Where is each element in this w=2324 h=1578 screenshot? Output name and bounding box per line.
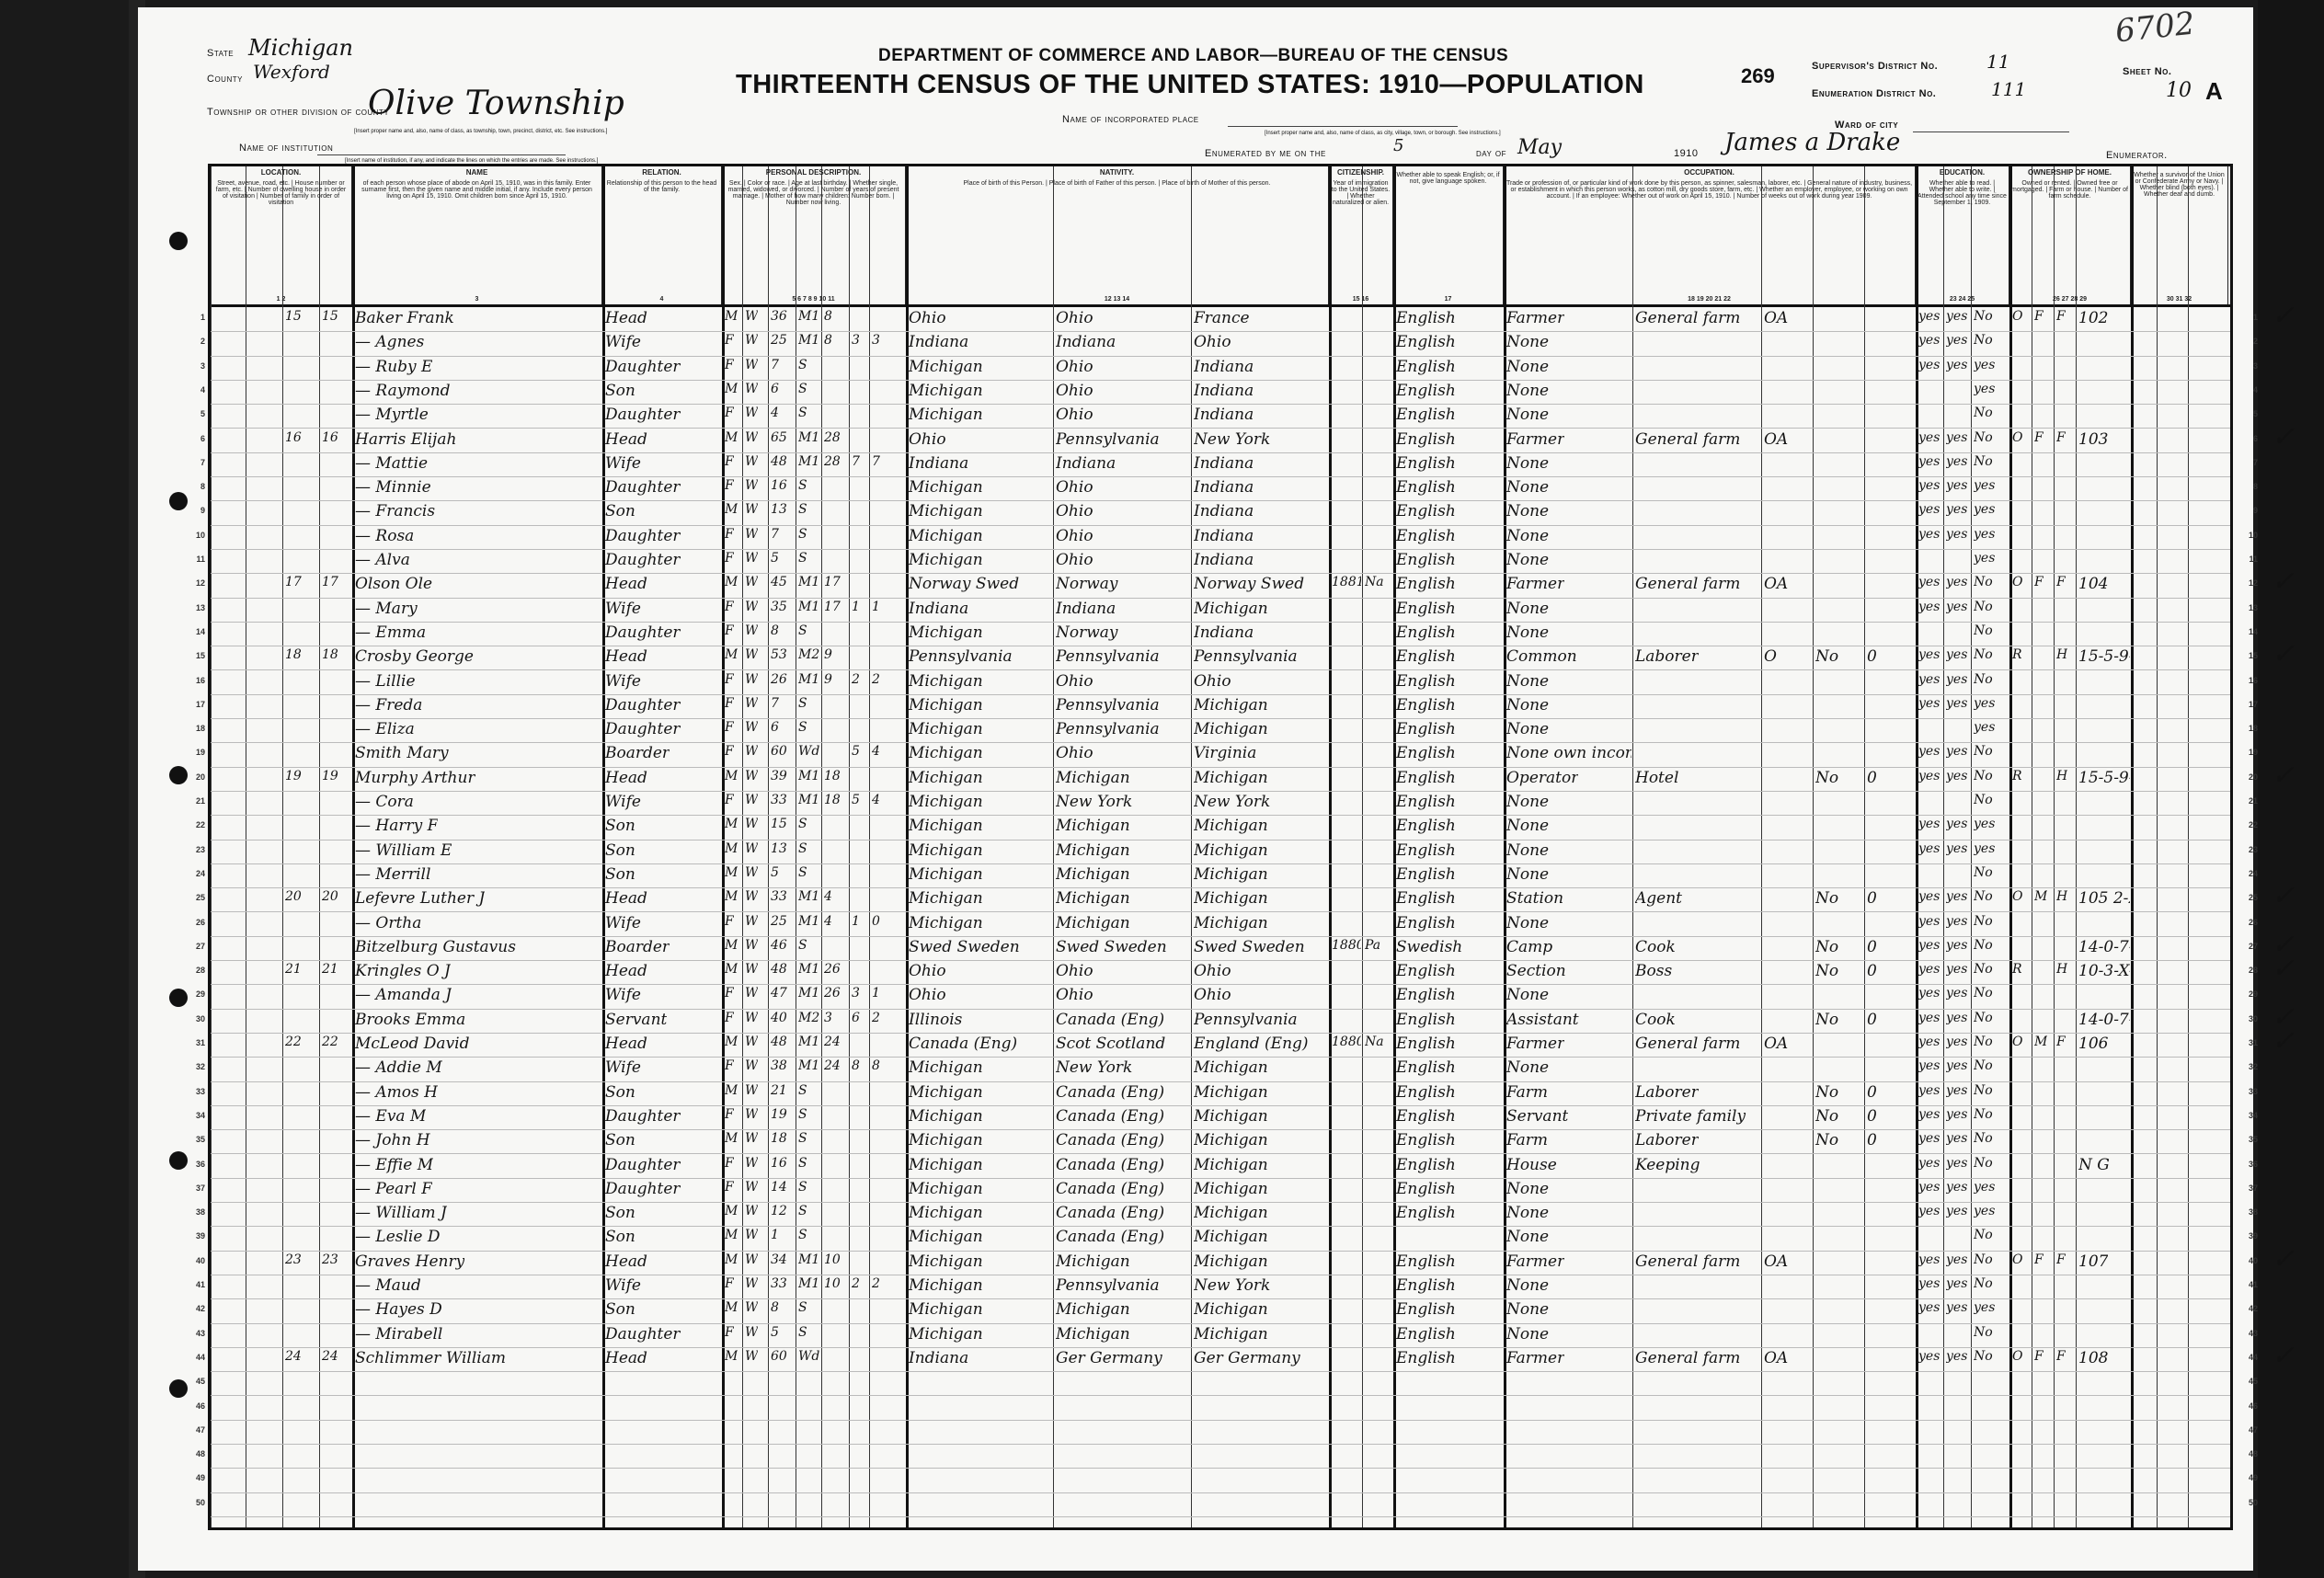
table-row: 12121717Olson OleHeadMW45M117Norway Swed… xyxy=(211,573,2230,598)
cell-father-bp: Michigan xyxy=(1056,865,1130,884)
cell-living: 2 xyxy=(872,672,880,687)
cell-language: English xyxy=(1396,623,1456,642)
cell-read: yes xyxy=(1918,769,1940,783)
cell-own: O xyxy=(2012,575,2022,589)
table-row: 4343— MirabellDaughterFW5SMichiganMichig… xyxy=(211,1323,2230,1348)
cell-name: Smith Mary xyxy=(355,744,449,762)
cell-sex: F xyxy=(725,696,734,711)
cell-birthplace: Indiana xyxy=(909,600,968,618)
cell-father-bp: Michigan xyxy=(1056,1325,1130,1344)
cell-mother-bp: Michigan xyxy=(1194,1325,1268,1344)
table-row: 33— Ruby EDaughterFW7SMichiganOhioIndian… xyxy=(211,356,2230,381)
cell-relation: Daughter xyxy=(605,406,681,424)
cell-birthplace: Michigan xyxy=(909,793,983,811)
cell-write: yes xyxy=(1946,527,1967,542)
line-number: 35 xyxy=(187,1135,205,1144)
cell-age: 21 xyxy=(771,1083,787,1098)
punch-hole xyxy=(169,1151,188,1170)
cell-mother-bp: Michigan xyxy=(1194,696,1268,715)
cell-language: English xyxy=(1396,600,1456,618)
cell-marital: S xyxy=(798,551,807,566)
line-number-right: 9 xyxy=(2253,506,2258,515)
cell-age: 33 xyxy=(771,1276,787,1291)
cell-age: 35 xyxy=(771,600,787,614)
line-number: 10 xyxy=(187,531,205,540)
state-label: State xyxy=(207,48,234,59)
cell-family: 18 xyxy=(322,647,338,662)
cell-class: O xyxy=(1764,647,1777,666)
cell-trade: None xyxy=(1506,986,1549,1004)
cell-name: Murphy Arthur xyxy=(355,769,475,787)
cell-language: English xyxy=(1396,430,1456,449)
cell-race: W xyxy=(745,1204,758,1218)
cell-age: 13 xyxy=(771,502,787,517)
cell-dwelling: 17 xyxy=(285,575,302,589)
cell-birthplace: Illinois xyxy=(909,1011,962,1029)
cell-school: No xyxy=(1974,454,1993,469)
cell-race: W xyxy=(745,1058,758,1073)
cell-sex: M xyxy=(725,502,738,517)
cell-father-bp: Indiana xyxy=(1056,333,1116,351)
line-number-right: 26 xyxy=(2249,918,2258,927)
cell-sex: M xyxy=(725,575,738,589)
cell-birthplace: Canada (Eng) xyxy=(909,1035,1017,1053)
cell-birthplace: Indiana xyxy=(909,1349,968,1367)
cell-father-bp: Norway xyxy=(1056,623,1118,642)
cell-out-of-work: No xyxy=(1815,962,1838,980)
line-number-right: 41 xyxy=(2249,1280,2258,1289)
table-row: 3737— Pearl FDaughterFW14SMichiganCanada… xyxy=(211,1178,2230,1203)
cell-school: yes xyxy=(1974,382,1995,396)
cell-read: yes xyxy=(1918,1300,1940,1315)
cell-age: 45 xyxy=(771,575,787,589)
cell-father-bp: Canada (Eng) xyxy=(1056,1156,1164,1174)
cell-mother-bp: Virginia xyxy=(1194,744,1256,762)
cell-class: OA xyxy=(1764,1349,1788,1367)
cell-trade: None xyxy=(1506,382,1549,400)
cell-read: yes xyxy=(1918,430,1940,445)
cell-language: English xyxy=(1396,1083,1456,1102)
line-number: 6 xyxy=(187,434,205,443)
cell-race: W xyxy=(745,1228,758,1242)
sheet-number-label: Sheet No. xyxy=(2123,66,2171,77)
enumerator-name: James a Drake xyxy=(1724,129,1900,156)
cell-age: 18 xyxy=(771,1131,787,1146)
cell-name: — Mattie xyxy=(355,454,428,473)
cell-marital: M1 xyxy=(798,1276,819,1291)
county-label: County xyxy=(207,74,243,85)
cell-school: No xyxy=(1974,1107,1993,1122)
cell-dwelling: 16 xyxy=(285,430,302,445)
cell-school: No xyxy=(1974,889,1993,904)
cell-marital: S xyxy=(798,406,807,420)
cell-trade: None xyxy=(1506,623,1549,642)
cell-father-bp: Canada (Eng) xyxy=(1056,1180,1164,1198)
cell-language: English xyxy=(1396,1131,1456,1149)
cell-years-married: 8 xyxy=(824,309,832,324)
cell-race: W xyxy=(745,720,758,735)
cell-out-of-work: No xyxy=(1815,889,1838,908)
ward-line xyxy=(1913,131,2069,132)
cell-age: 12 xyxy=(771,1204,787,1218)
cell-mother-bp: Pennsylvania xyxy=(1194,647,1298,666)
enumerated-day: 5 xyxy=(1393,136,1403,155)
line-number: 19 xyxy=(187,748,205,757)
cell-father-bp: Michigan xyxy=(1056,914,1130,932)
cell-school: No xyxy=(1974,1011,1993,1025)
cell-mother-bp: Swed Sweden xyxy=(1194,938,1305,956)
cell-father-bp: Ger Germany xyxy=(1056,1349,1162,1367)
cell-marital: S xyxy=(798,841,807,856)
cell-name: Olson Ole xyxy=(355,575,432,593)
cell-sex: M xyxy=(725,1300,738,1315)
cell-school: No xyxy=(1974,744,1993,759)
line-number: 28 xyxy=(187,966,205,975)
line-number: 32 xyxy=(187,1062,205,1071)
cell-marital: M1 xyxy=(798,333,819,348)
cell-living: 1 xyxy=(872,986,880,1001)
enumerated-month: May xyxy=(1517,136,1562,159)
cell-language: English xyxy=(1396,1011,1456,1029)
table-row: 44442424Schlimmer WilliamHeadMW60WdIndia… xyxy=(211,1347,2230,1372)
cell-sex: F xyxy=(725,720,734,735)
line-number: 16 xyxy=(187,676,205,685)
cell-name: McLeod David xyxy=(355,1035,470,1053)
line-number-right: 21 xyxy=(2249,796,2258,806)
cell-school: yes xyxy=(1974,527,1995,542)
cell-marital: M1 xyxy=(798,1058,819,1073)
cell-father-bp: Pennsylvania xyxy=(1056,430,1160,449)
cell-marital: S xyxy=(798,502,807,517)
cell-age: 8 xyxy=(771,623,779,638)
cell-name: — Alva xyxy=(355,551,410,569)
cell-read: yes xyxy=(1918,1011,1940,1025)
cell-read: yes xyxy=(1918,1035,1940,1049)
cell-age: 8 xyxy=(771,1300,779,1315)
cell-age: 33 xyxy=(771,793,787,807)
line-number: 38 xyxy=(187,1207,205,1217)
cell-marital: S xyxy=(798,1204,807,1218)
punch-hole xyxy=(169,232,188,250)
cell-age: 15 xyxy=(771,817,787,831)
column-descriptions: Whether a survivor of the Union or Confe… xyxy=(2133,172,2226,198)
cell-race: W xyxy=(745,454,758,469)
cell-weeks: 0 xyxy=(1867,1107,1877,1126)
cell-write: yes xyxy=(1946,358,1967,372)
cell-trade: None xyxy=(1506,696,1549,715)
cell-age: 13 xyxy=(771,841,787,856)
line-number-right: 20 xyxy=(2249,772,2258,782)
cell-weeks: 0 xyxy=(1867,1131,1877,1149)
column-group-label: NATIVITY. xyxy=(908,168,1326,177)
cell-dwelling: 22 xyxy=(285,1035,302,1049)
cell-nat: Pa xyxy=(1365,938,1380,953)
cell-school: No xyxy=(1974,793,1993,807)
cell-race: W xyxy=(745,1083,758,1098)
cell-name: Baker Frank xyxy=(355,309,454,327)
cell-sex: F xyxy=(725,1107,734,1122)
cell-race: W xyxy=(745,1035,758,1049)
cell-age: 5 xyxy=(771,1325,779,1340)
cell-write: yes xyxy=(1946,914,1967,929)
cell-write: yes xyxy=(1946,1204,1967,1218)
cell-age: 7 xyxy=(771,527,779,542)
cell-school: No xyxy=(1974,672,1993,687)
state-value: Michigan xyxy=(248,35,353,61)
cell-mother-bp: Michigan xyxy=(1194,769,1268,787)
cell-marital: S xyxy=(798,938,807,953)
cell-age: 6 xyxy=(771,382,779,396)
line-number-right: 32 xyxy=(2249,1062,2258,1071)
line-number: 18 xyxy=(187,724,205,733)
cell-relation: Daughter xyxy=(605,527,681,545)
cell-trade: Servant xyxy=(1506,1107,1568,1126)
cell-race: W xyxy=(745,672,758,687)
cell-race: W xyxy=(745,333,758,348)
cell-age: 26 xyxy=(771,672,787,687)
column-group-label: RELATION. xyxy=(604,168,719,177)
cell-marital: M1 xyxy=(798,793,819,807)
cell-school: No xyxy=(1974,309,1993,324)
cell-write: yes xyxy=(1946,1058,1967,1073)
cell-read: yes xyxy=(1918,914,1940,929)
cell-own: R xyxy=(2012,769,2022,783)
cell-write: yes xyxy=(1946,575,1967,589)
cell-years-married: 10 xyxy=(824,1276,841,1291)
cell-sex: F xyxy=(725,1011,734,1025)
line-number-right: 31 xyxy=(2249,1038,2258,1047)
cell-marital: S xyxy=(798,817,807,831)
cell-mother-bp: Ger Germany xyxy=(1194,1349,1300,1367)
cell-free: F xyxy=(2034,575,2044,589)
cell-marital: M1 xyxy=(798,962,819,977)
cell-trade: Farm xyxy=(1506,1131,1548,1149)
column-numbers: 30 31 32 xyxy=(2131,296,2227,303)
supervisor-district-value: 11 xyxy=(1986,51,2009,73)
line-number-right: 13 xyxy=(2249,603,2258,612)
cell-trade: None own income xyxy=(1506,744,1631,762)
column-group-header: OCCUPATION.Trade or profession of, or pa… xyxy=(1504,166,1916,304)
cell-father-bp: Ohio xyxy=(1056,309,1093,327)
cell-language: English xyxy=(1396,672,1456,691)
cell-school: yes xyxy=(1974,1204,1995,1218)
cell-family: 16 xyxy=(322,430,338,445)
cell-write: yes xyxy=(1946,1131,1967,1146)
cell-read: yes xyxy=(1918,309,1940,324)
line-number-right: 16 xyxy=(2249,676,2258,685)
cell-mother-bp: New York xyxy=(1194,1276,1270,1295)
cell-age: 53 xyxy=(771,647,787,662)
cell-language: English xyxy=(1396,1156,1456,1174)
cell-relation: Head xyxy=(605,1252,647,1271)
table-row: 4949 xyxy=(211,1468,2230,1492)
cell-marital: M1 xyxy=(798,769,819,783)
cell-write: yes xyxy=(1946,430,1967,445)
cell-birthplace: Ohio xyxy=(909,962,946,980)
incorporated-instructions: [Insert proper name and, also, name of c… xyxy=(1265,131,1501,136)
cell-trade: None xyxy=(1506,478,1549,497)
cell-name: — Amanda J xyxy=(355,986,452,1004)
column-descriptions: Whether able to read. | Whether able to … xyxy=(1918,180,2007,206)
cell-mother-bp: Indiana xyxy=(1194,623,1254,642)
cell-industry: General farm xyxy=(1635,430,1740,449)
cell-birthplace: Michigan xyxy=(909,744,983,762)
cell-read: yes xyxy=(1918,889,1940,904)
cell-industry: Laborer xyxy=(1635,647,1699,666)
cell-write: yes xyxy=(1946,502,1967,517)
cell-age: 4 xyxy=(771,406,779,420)
cell-name: — Ortha xyxy=(355,914,421,932)
cell-school: yes xyxy=(1974,358,1995,372)
cell-name: Brooks Emma xyxy=(355,1011,465,1029)
cell-mother-bp: Michigan xyxy=(1194,841,1268,860)
table-row: 99— FrancisSonMW13SMichiganOhioIndianaEn… xyxy=(211,500,2230,525)
cell-marital: S xyxy=(798,1156,807,1171)
line-number-right: 43 xyxy=(2249,1329,2258,1338)
punch-hole xyxy=(169,1379,188,1398)
cell-father-bp: Scot Scotland xyxy=(1056,1035,1165,1053)
cell-born: 3 xyxy=(852,986,860,1001)
cell-age: 60 xyxy=(771,1349,787,1364)
cell-father-bp: Ohio xyxy=(1056,672,1093,691)
table-row: 3030Brooks EmmaServantFW40M2362IllinoisC… xyxy=(211,1009,2230,1034)
cell-birthplace: Michigan xyxy=(909,1107,983,1126)
table-row: 77— MattieWifeFW48M12877IndianaIndianaIn… xyxy=(211,452,2230,477)
cell-relation: Wife xyxy=(605,914,641,932)
line-number: 22 xyxy=(187,820,205,829)
cell-write: yes xyxy=(1946,1180,1967,1195)
cell-sex: M xyxy=(725,1204,738,1218)
cell-schedule: 108 xyxy=(2078,1349,2108,1367)
cell-years-married: 28 xyxy=(824,454,841,469)
cell-schedule: 15-5-9-8 xyxy=(2078,769,2130,787)
cell-birthplace: Michigan xyxy=(909,696,983,715)
table-row: 55— MyrtleDaughterFW4SMichiganOhioIndian… xyxy=(211,404,2230,429)
cell-birthplace: Ohio xyxy=(909,986,946,1004)
cell-age: 1 xyxy=(771,1228,779,1242)
punch-hole xyxy=(169,989,188,1007)
line-number: 45 xyxy=(187,1377,205,1386)
line-number-right: 18 xyxy=(2249,724,2258,733)
cell-trade: None xyxy=(1506,1325,1549,1344)
cell-write: yes xyxy=(1946,309,1967,324)
cell-birthplace: Michigan xyxy=(909,1276,983,1295)
cell-father-bp: Michigan xyxy=(1056,889,1130,908)
line-number: 2 xyxy=(187,337,205,346)
cell-race: W xyxy=(745,382,758,396)
cell-father-bp: Canada (Eng) xyxy=(1056,1107,1164,1126)
cell-mother-bp: Michigan xyxy=(1194,600,1268,618)
cell-write: yes xyxy=(1946,696,1967,711)
cell-name: — Emma xyxy=(355,623,426,642)
cell-years-married: 24 xyxy=(824,1058,841,1073)
cell-relation: Head xyxy=(605,1349,647,1367)
cell-marital: S xyxy=(798,720,807,735)
cell-language: Swedish xyxy=(1396,938,1462,956)
cell-family: 15 xyxy=(322,309,338,324)
line-number: 44 xyxy=(187,1353,205,1362)
cell-write: yes xyxy=(1946,817,1967,831)
cell-name: — Myrtle xyxy=(355,406,429,424)
cell-relation: Boarder xyxy=(605,938,670,956)
cell-trade: Common xyxy=(1506,647,1577,666)
cell-birthplace: Michigan xyxy=(909,865,983,884)
cell-mother-bp: Indiana xyxy=(1194,454,1254,473)
cell-father-bp: Swed Sweden xyxy=(1056,938,1167,956)
cell-born: 8 xyxy=(852,1058,860,1073)
cell-weeks: 0 xyxy=(1867,938,1877,956)
cell-language: English xyxy=(1396,841,1456,860)
column-numbers: 4 xyxy=(602,296,721,303)
cell-marital: M1 xyxy=(798,575,819,589)
cell-trade: None xyxy=(1506,502,1549,520)
cell-birthplace: Michigan xyxy=(909,914,983,932)
cell-mother-bp: Michigan xyxy=(1194,1228,1268,1246)
cell-dwelling: 23 xyxy=(285,1252,302,1267)
cell-relation: Head xyxy=(605,962,647,980)
cell-schedule: 105 2-2-X-5 xyxy=(2078,889,2130,908)
table-row: 1919Smith MaryBoarderFW60Wd54MichiganOhi… xyxy=(211,742,2230,767)
cell-name: — Raymond xyxy=(355,382,451,400)
cell-language: English xyxy=(1396,1180,1456,1198)
cell-relation: Son xyxy=(605,1131,635,1149)
cell-sex: M xyxy=(725,1131,738,1146)
cell-living: 8 xyxy=(872,1058,880,1073)
column-group-label: LOCATION. xyxy=(212,168,349,177)
cell-birthplace: Indiana xyxy=(909,454,968,473)
table-row: 3939— Leslie DSonMW1SMichiganCanada (Eng… xyxy=(211,1226,2230,1251)
cell-write: yes xyxy=(1946,1349,1967,1364)
cell-race: W xyxy=(745,527,758,542)
cell-farm: F xyxy=(2056,575,2066,589)
cell-marital: S xyxy=(798,1180,807,1195)
column-descriptions: Trade or profession of, or particular ki… xyxy=(1505,180,1913,200)
cell-birthplace: Michigan xyxy=(909,817,983,835)
cell-mother-bp: New York xyxy=(1194,430,1270,449)
cell-mother-bp: Indiana xyxy=(1194,358,1254,376)
cell-schedule: 107 xyxy=(2078,1252,2108,1271)
cell-own: O xyxy=(2012,1035,2022,1049)
cell-read: yes xyxy=(1918,1107,1940,1122)
line-number: 41 xyxy=(187,1280,205,1289)
cell-marital: S xyxy=(798,696,807,711)
cell-mother-bp: Pennsylvania xyxy=(1194,1011,1298,1029)
sheet-number-value: 10 xyxy=(2166,79,2192,102)
cell-race: W xyxy=(745,1300,758,1315)
table-row: 4545 xyxy=(211,1371,2230,1396)
cell-own: R xyxy=(2012,962,2022,977)
cell-mother-bp: Michigan xyxy=(1194,1252,1268,1271)
cell-name: Kringles O J xyxy=(355,962,451,980)
cell-birthplace: Indiana xyxy=(909,333,968,351)
cell-living: 1 xyxy=(872,600,880,614)
cell-language: English xyxy=(1396,769,1456,787)
cell-race: W xyxy=(745,551,758,566)
cell-birthplace: Ohio xyxy=(909,309,946,327)
cell-language: English xyxy=(1396,575,1456,593)
column-numbers: 15 16 xyxy=(1329,296,1392,303)
cell-marital: S xyxy=(798,358,807,372)
line-number: 47 xyxy=(187,1425,205,1435)
cell-language: English xyxy=(1396,865,1456,884)
checkmark-icon: ✓ xyxy=(2272,760,2295,792)
cell-sex: F xyxy=(725,406,734,420)
cell-marital: M1 xyxy=(798,986,819,1001)
line-number-right: 23 xyxy=(2249,845,2258,854)
table-row: 2424— MerrillSonMW5SMichiganMichiganMich… xyxy=(211,863,2230,888)
cell-mother-bp: New York xyxy=(1194,793,1270,811)
cell-marital: M1 xyxy=(798,430,819,445)
